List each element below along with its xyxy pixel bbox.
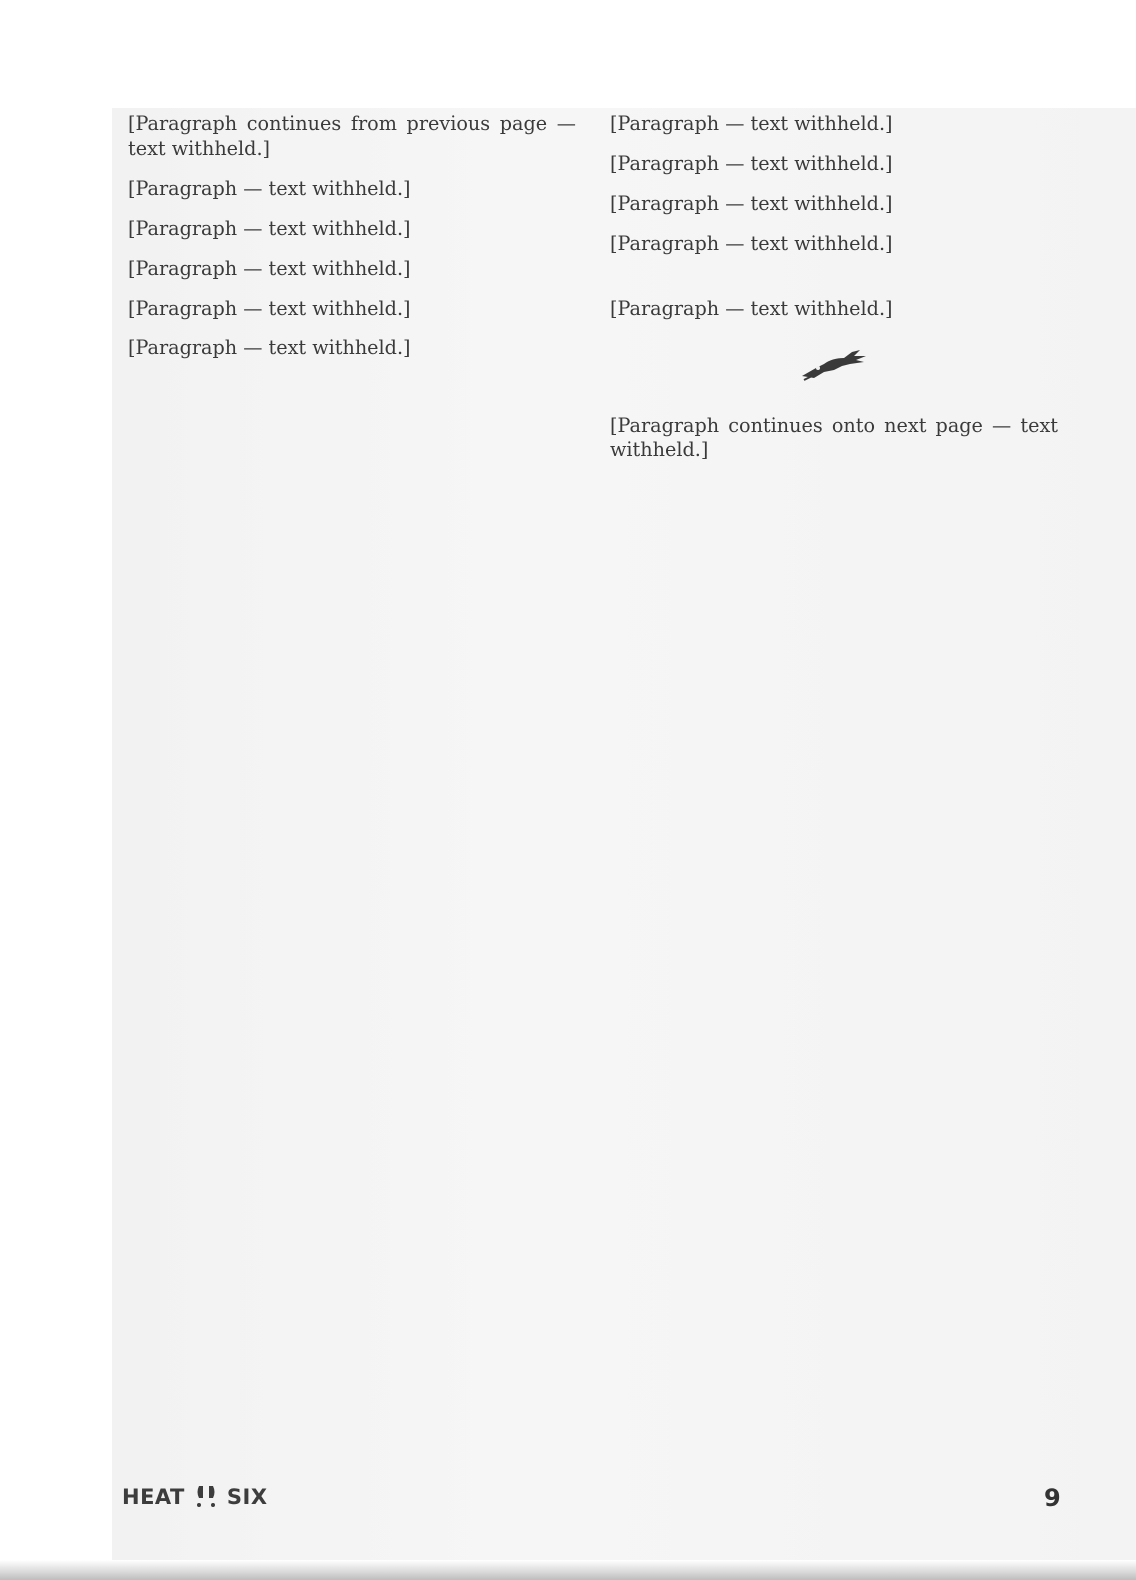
paragraph: [Paragraph continues onto next page — te… xyxy=(610,414,1058,464)
paragraph: [Paragraph — text withheld.] xyxy=(610,297,1058,322)
publication-name-left: HEAT xyxy=(122,1485,185,1509)
running-wolf-ornament-icon xyxy=(794,344,874,384)
paragraph: [Paragraph — text withheld.] xyxy=(128,217,576,242)
paragraph: [Paragraph — text withheld.] xyxy=(610,152,1058,177)
paragraph: [Paragraph — text withheld.] xyxy=(610,192,1058,217)
paragraph: [Paragraph — text withheld.] xyxy=(128,297,576,322)
publication-folio: HEAT SIX xyxy=(122,1484,268,1510)
paragraph: [Paragraph — text withheld.] xyxy=(610,232,1058,257)
paragraph: [Paragraph — text withheld.] xyxy=(128,177,576,202)
paragraph: [Paragraph — text withheld.] xyxy=(128,257,576,282)
paragraph: [Paragraph — text withheld.] xyxy=(128,336,576,361)
publication-name-right: SIX xyxy=(227,1485,268,1509)
paragraph: [Paragraph continues from previous page … xyxy=(128,112,576,162)
left-column: [Paragraph continues from previous page … xyxy=(128,112,576,376)
page-number: 9 xyxy=(1044,1484,1061,1512)
scan-bottom-edge xyxy=(0,1560,1136,1580)
hoofprint-icon xyxy=(195,1484,217,1510)
paragraph: [Paragraph — text withheld.] xyxy=(610,112,1058,137)
right-column: [Paragraph — text withheld.] [Paragraph … xyxy=(610,112,1058,478)
